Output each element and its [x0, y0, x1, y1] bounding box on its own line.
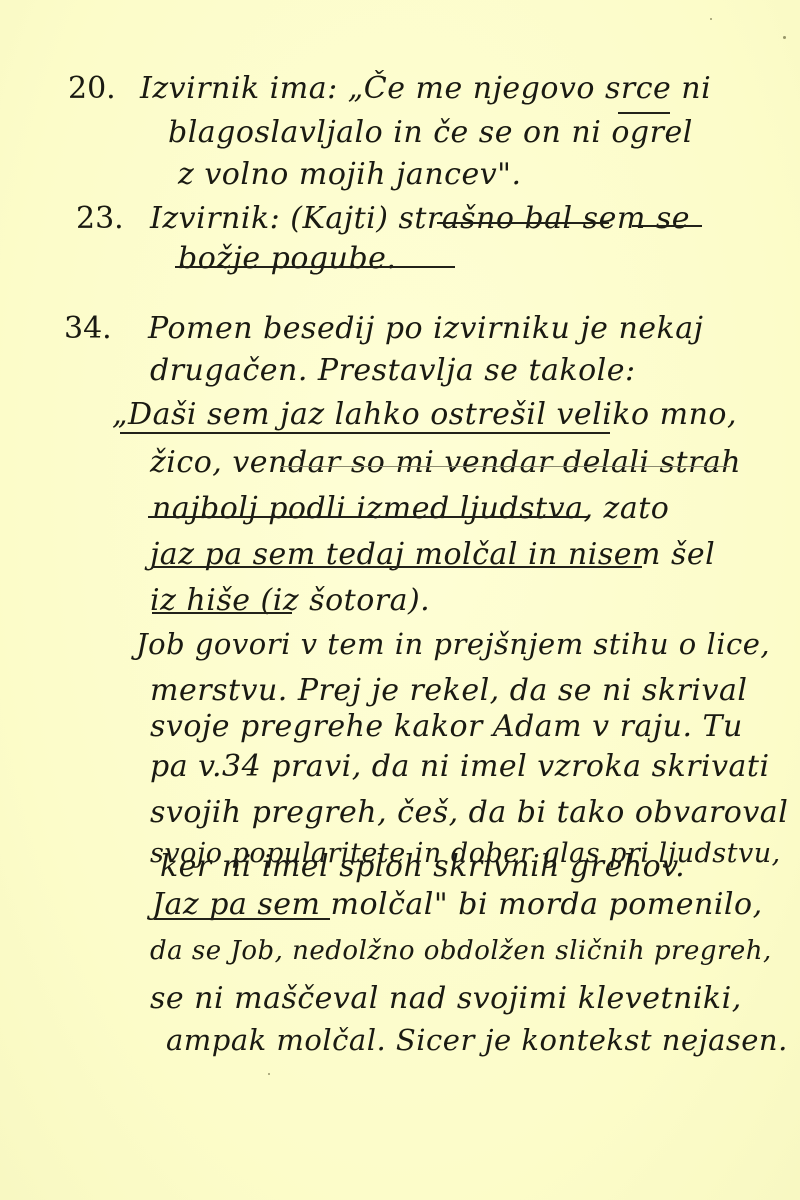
underline-strasno-bal — [437, 222, 609, 224]
commentary-line-5: svojih pregreh, češ, da bi tako obvarova… — [150, 798, 788, 828]
commentary-line-7-visible: ker ni imel sploh skrivnih grehov. — [160, 852, 685, 882]
commentary-line-8: Jaz pa sem molčal" bi morda pomenilo, — [152, 890, 763, 920]
underline-delali-strah — [280, 466, 730, 467]
commentary-line-2: merstvu. Prej je rekel, da se ni skrival — [150, 676, 747, 706]
paper-speck — [783, 36, 786, 39]
commentary-line-3: svoje pregrehe kakor Adam v raju. Tu — [150, 712, 743, 742]
underline-jaz-pa-sem-molcal — [154, 918, 330, 920]
entry-20-line-3: z volno mojih jancev". — [178, 160, 521, 190]
entry-34-line-2: drugačen. Prestavlja se takole: — [150, 356, 636, 386]
commentary-line-1: Job govori v tem in prejšnjem stihu o li… — [136, 630, 770, 659]
paper-speck — [710, 18, 712, 20]
entry-20-line-1: Izvirnik ima: „Če me njegovo srce ni — [140, 74, 711, 104]
underline-jaz-pa-sem — [152, 566, 642, 568]
underline-najbolj-podli — [148, 516, 588, 518]
entry-34-line-4: žico, vendar so mi vendar delali strah — [150, 448, 741, 478]
commentary-line-4: pa v.34 pravi, da ni imel vzroka skrivat… — [150, 752, 770, 782]
underline-sem-se — [632, 225, 702, 227]
commentary-line-11: ampak molčal. Sicer je kontekst nejasen. — [166, 1026, 788, 1055]
verse-number-23: 23. — [76, 204, 124, 234]
entry-34-line-3: „Daši sem jaz lahko ostrešil veliko mno, — [112, 400, 737, 430]
verse-number-20: 20. — [68, 74, 116, 104]
underline-bozje-pogube — [175, 266, 455, 268]
underline-iz-hise — [152, 612, 292, 614]
manuscript-page: 20. Izvirnik ima: „Če me njegovo srce ni… — [0, 0, 800, 1200]
underline-srce — [618, 112, 670, 114]
entry-34-line-1: Pomen besedij po izvirniku je nekaj — [148, 314, 703, 344]
entry-20-line-2: blagoslavljalo in če se on ni ogrel — [168, 118, 693, 148]
commentary-line-9: da se Job, nedolžno obdolžen sličnih pre… — [150, 938, 772, 964]
verse-number-34: 34. — [64, 314, 112, 344]
entry-23-line-2: božje pogube. — [178, 244, 396, 274]
entry-34-line-5: najbolj podli izmed ljudstva, zato — [152, 494, 669, 524]
entry-23-line-1: Izvirnik: (Kajti) strašno bal sem se — [150, 204, 690, 234]
paper-speck — [268, 1073, 270, 1075]
underline-dasi-sem-jaz — [120, 432, 610, 434]
commentary-line-10: se ni maščeval nad svojimi klevetniki, — [150, 984, 742, 1014]
